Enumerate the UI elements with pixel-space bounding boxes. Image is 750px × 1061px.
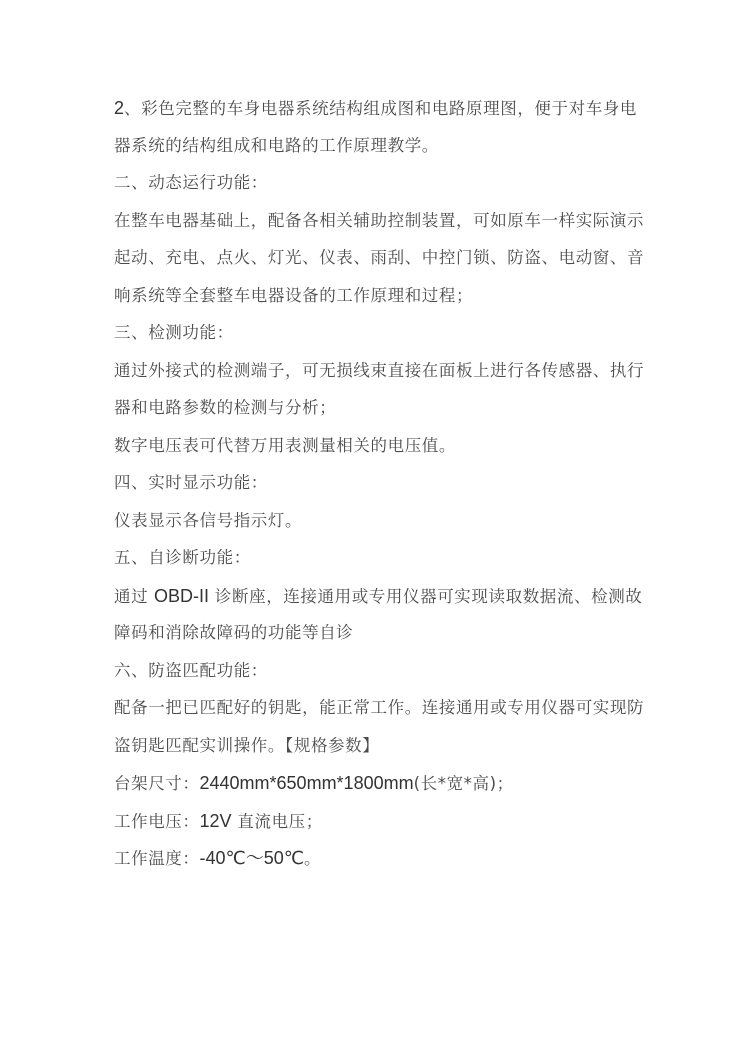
section-heading-anti-theft-matching: 六、防盗匹配功能： (114, 661, 644, 681)
section-heading-dynamic-operation: 二、动态运行功能： (114, 173, 644, 193)
spec-label: 台架尺寸： (114, 774, 200, 793)
item-number: 2 (114, 98, 124, 118)
spec-working-temperature: 工作温度：-40℃～50℃。 (114, 848, 644, 868)
paragraph-line: 通过 OBD-II 诊断座，连接通用或专用仪器可实现读取数据流、检测故 (114, 586, 644, 606)
paragraph-line: 2、彩色完整的车身电器系统结构组成图和电路原理图，便于对车身电 (114, 98, 644, 118)
paragraph-line: 起动、充电、点火、灯光、仪表、雨刮、中控门锁、防盗、电动窗、音 (114, 248, 644, 268)
spec-value: 12V (200, 811, 232, 831)
section-heading-self-diagnosis: 五、自诊断功能： (114, 548, 644, 568)
paragraph-line: 障码和消除故障码的功能等自诊 (114, 623, 644, 643)
spec-value: -40℃～50℃ (200, 848, 304, 868)
paragraph-line: 在整车电器基础上，配备各相关辅助控制装置，可如原车一样实际演示 (114, 211, 644, 231)
spec-working-voltage: 工作电压：12V 直流电压； (114, 811, 644, 831)
section-heading-detection: 三、检测功能： (114, 323, 644, 343)
paragraph-line: 数字电压表可代替万用表测量相关的电压值。 (114, 436, 644, 456)
document-body: 2、彩色完整的车身电器系统结构组成图和电路原理图，便于对车身电 器系统的结构组成… (114, 98, 644, 886)
obd-term: OBD-II (154, 586, 209, 606)
paragraph-line: 通过外接式的检测端子，可无损线束直接在面板上进行各传感器、执行 (114, 361, 644, 381)
paragraph-line: 器和电路参数的检测与分析； (114, 398, 644, 418)
paragraph-line: 响系统等全套整车电器设备的工作原理和过程； (114, 286, 644, 306)
paragraph-line: 配备一把已匹配好的钥匙，能正常工作。连接通用或专用仪器可实现防 (114, 698, 644, 718)
spec-bench-size: 台架尺寸：2440mm*650mm*1800mm(长*宽*高)； (114, 773, 644, 793)
section-heading-realtime-display: 四、实时显示功能： (114, 473, 644, 493)
spec-label: 工作温度： (114, 849, 200, 868)
paragraph-line: 器系统的结构组成和电路的工作原理教学。 (114, 136, 644, 156)
spec-value: 2440mm*650mm*1800mm (200, 773, 414, 793)
paragraph-line: 仪表显示各信号指示灯。 (114, 511, 644, 531)
paragraph-line: 盗钥匙匹配实训操作。【规格参数】 (114, 736, 644, 756)
spec-label: 工作电压： (114, 812, 200, 831)
